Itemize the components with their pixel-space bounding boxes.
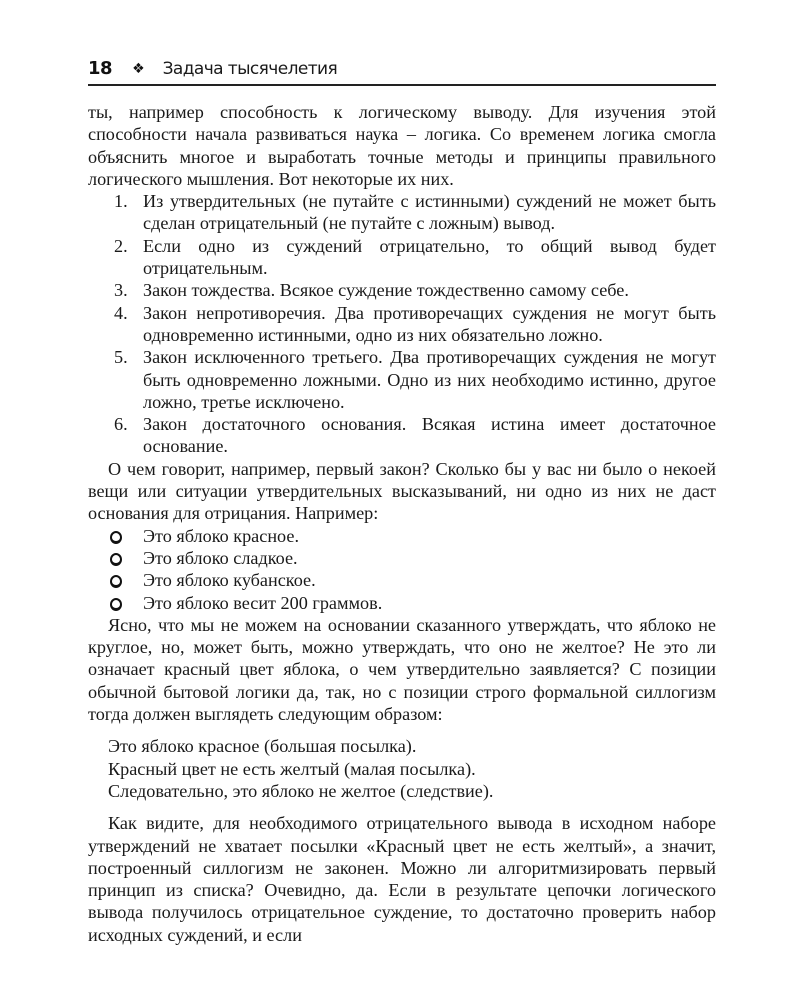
list-item-text: Из утвердительных (не путайте с истинным… <box>143 191 716 233</box>
circle-bullet-icon <box>110 575 122 588</box>
book-page: 18 ❖ Задача тысячелетия ты, например спо… <box>88 58 716 946</box>
list-item: 4. Закон непротиворечия. Два противореча… <box>88 302 716 347</box>
paragraph-first-law: О чем говорит, например, первый закон? С… <box>88 458 716 525</box>
bullet-item: Это яблоко красное. <box>88 525 716 547</box>
list-number: 1. <box>114 190 128 212</box>
paragraph-yellow-apple: Ясно, что мы не можем на основании сказа… <box>88 614 716 725</box>
bullet-item-text: Это яблоко красное. <box>143 526 299 546</box>
ornament-icon: ❖ <box>132 61 145 77</box>
list-item: 3. Закон тождества. Всякое суждение тожд… <box>88 279 716 301</box>
running-header: 18 ❖ Задача тысячелетия <box>88 58 716 86</box>
circle-bullet-icon <box>110 598 122 611</box>
bullet-item: Это яблоко кубанское. <box>88 569 716 591</box>
list-item-text: Закон достаточного основания. Всякая ист… <box>143 414 716 456</box>
list-number: 6. <box>114 413 128 435</box>
syllogism-block: Это яблоко красное (большая посылка). Кр… <box>88 735 716 802</box>
examples-list: Это яблоко красное. Это яблоко сладкое. … <box>88 525 716 614</box>
circle-bullet-icon <box>110 531 122 544</box>
list-item-text: Закон исключенного третьего. Два противо… <box>143 347 716 412</box>
list-item: 5. Закон исключенного третьего. Два прот… <box>88 346 716 413</box>
bullet-item-text: Это яблоко сладкое. <box>143 548 298 568</box>
list-item-text: Закон тождества. Всякое суждение тождест… <box>143 280 629 300</box>
paragraph-algorithm: Как видите, для необходимого отрицательн… <box>88 812 716 946</box>
list-number: 5. <box>114 346 128 368</box>
laws-list: 1. Из утвердительных (не путайте с истин… <box>88 190 716 458</box>
bullet-item: Это яблоко весит 200 граммов. <box>88 592 716 614</box>
intro-paragraph: ты, например способность к логическому в… <box>88 101 716 190</box>
list-number: 2. <box>114 235 128 257</box>
list-item-text: Закон непротиворечия. Два противоречащих… <box>143 303 716 345</box>
list-item: 1. Из утвердительных (не путайте с истин… <box>88 190 716 235</box>
syllogism-major-premise: Это яблоко красное (большая посылка). <box>108 735 716 757</box>
list-item: 6. Закон достаточного основания. Всякая … <box>88 413 716 458</box>
page-number: 18 <box>88 58 112 79</box>
list-item-text: Если одно из суждений отрицательно, то о… <box>143 236 716 278</box>
body-text: ты, например способность к логическому в… <box>88 101 716 946</box>
bullet-item: Это яблоко сладкое. <box>88 547 716 569</box>
bullet-item-text: Это яблоко весит 200 граммов. <box>143 593 382 613</box>
syllogism-conclusion: Следовательно, это яблоко не желтое (сле… <box>108 780 716 802</box>
list-number: 3. <box>114 279 128 301</box>
chapter-title: Задача тысячелетия <box>163 59 337 79</box>
list-number: 4. <box>114 302 128 324</box>
syllogism-minor-premise: Красный цвет не есть желтый (малая посыл… <box>108 758 716 780</box>
circle-bullet-icon <box>110 553 122 566</box>
bullet-item-text: Это яблоко кубанское. <box>143 570 316 590</box>
list-item: 2. Если одно из суждений отрицательно, т… <box>88 235 716 280</box>
